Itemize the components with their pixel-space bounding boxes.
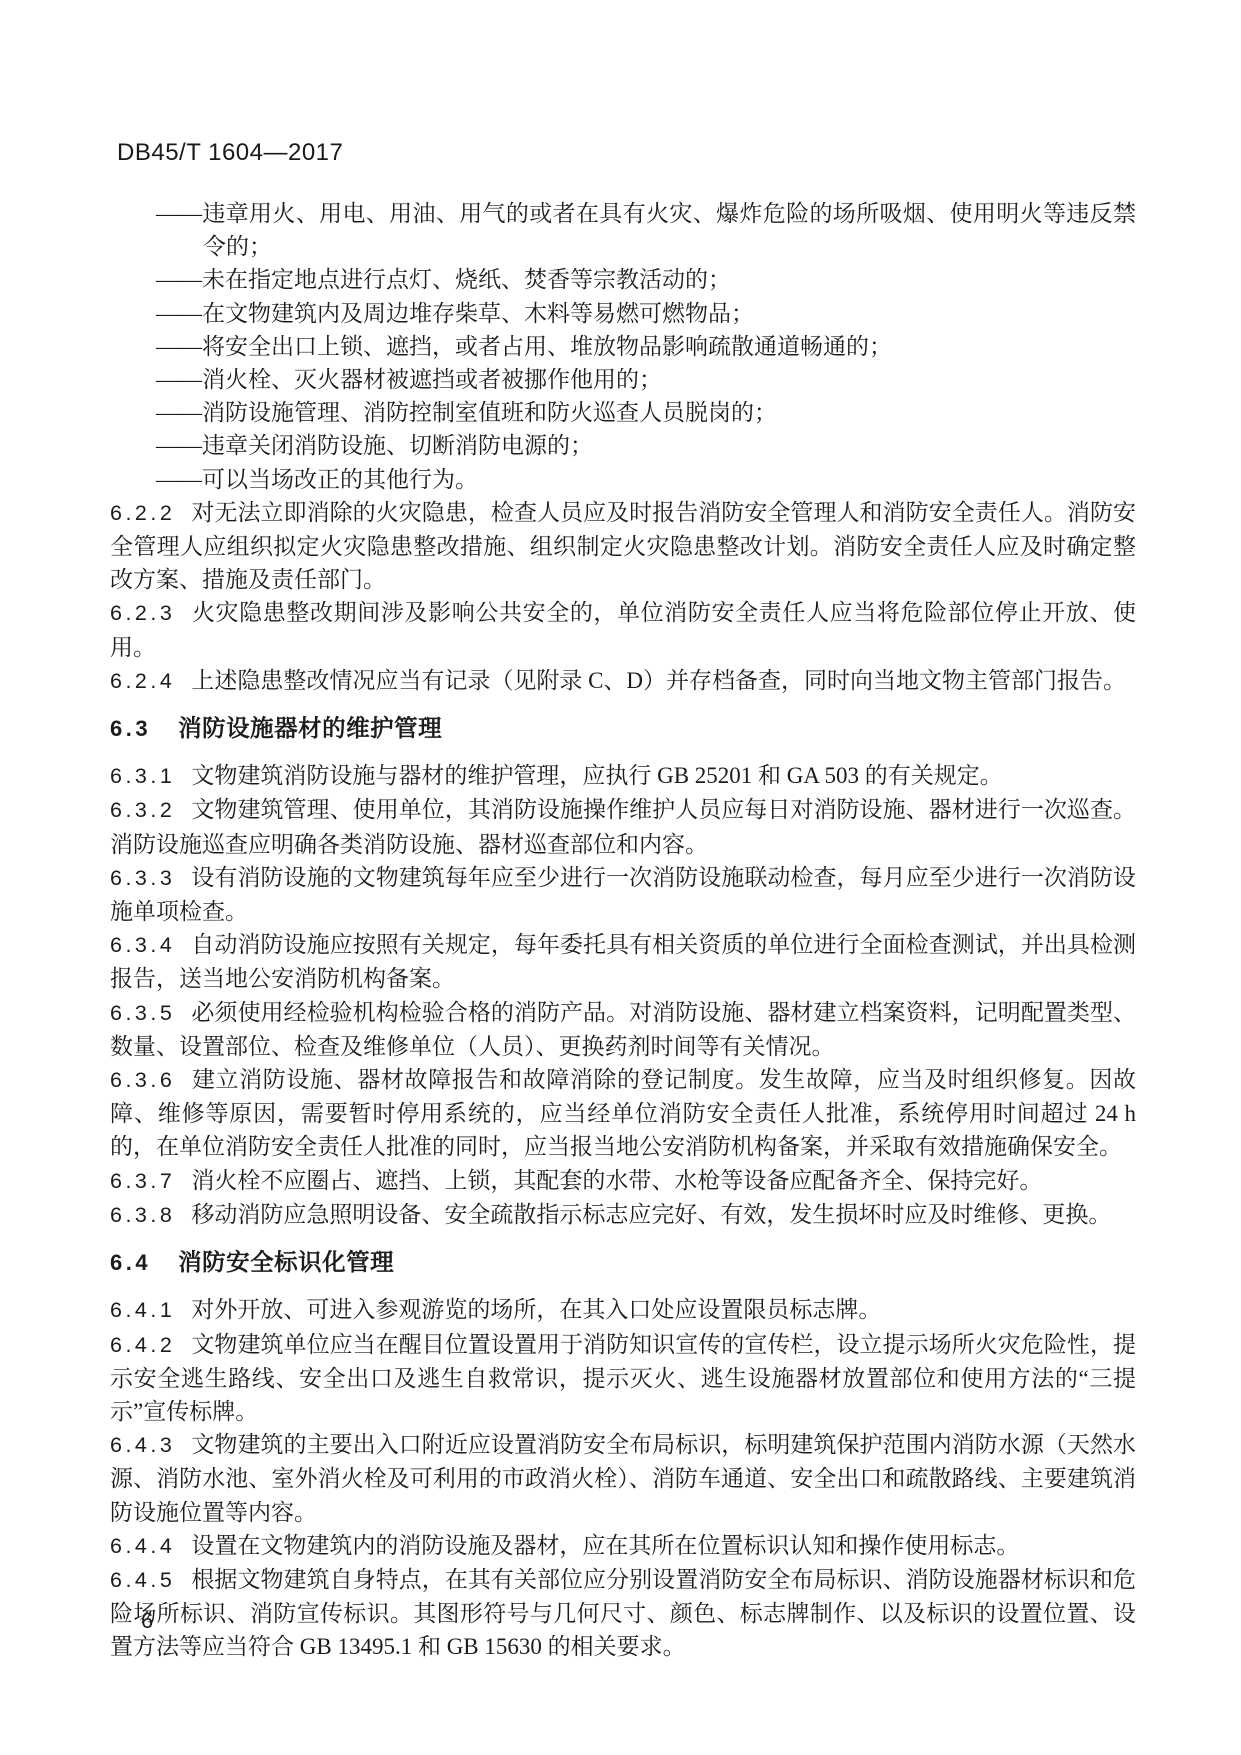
clause-text: 对无法立即消除的火灾隐患，检查人员应及时报告消防安全管理人和消防安全责任人。消防… xyxy=(110,500,1136,592)
dash-marker: —— xyxy=(156,334,202,359)
clause-number: 6.3.2 xyxy=(110,798,175,822)
clause-number: 6.2.2 xyxy=(110,501,175,525)
clause-6-3-2: 6.3.2文物建筑管理、使用单位，其消防设施操作维护人员应每日对消防设施、器材进… xyxy=(110,793,1136,860)
clause-text: 文物建筑消防设施与器材的维护管理，应执行 GB 25201 和 GA 503 的… xyxy=(191,763,1002,788)
clause-text: 设有消防设施的文物建筑每年应至少进行一次消防设施联动检查，每月应至少进行一次消防… xyxy=(110,865,1136,924)
dash-marker: —— xyxy=(156,267,202,292)
clause-text: 文物建筑管理、使用单位，其消防设施操作维护人员应每日对消防设施、器材进行一次巡查… xyxy=(110,797,1136,856)
clause-6-3-3: 6.3.3设有消防设施的文物建筑每年应至少进行一次消防设施联动检查，每月应至少进… xyxy=(110,861,1136,928)
clause-6-2-2: 6.2.2对无法立即消除的火灾隐患，检查人员应及时报告消防安全管理人和消防安全责… xyxy=(110,496,1136,597)
dash-marker: —— xyxy=(156,400,202,425)
section-heading-6-4: 6.4消防安全标识化管理 xyxy=(110,1246,1136,1279)
document-page: DB45/T 1604—2017 ——违章用火、用电、用油、用气的或者在具有火灾… xyxy=(0,0,1241,1755)
clause-text: 文物建筑单位应当在醒目位置设置用于消防知识宣传的宣传栏，设立提示场所火灾危险性，… xyxy=(110,1332,1136,1424)
clause-number: 6.4.2 xyxy=(110,1333,175,1357)
clause-6-4-2: 6.4.2文物建筑单位应当在醒目位置设置用于消防知识宣传的宣传栏，设立提示场所火… xyxy=(110,1328,1136,1429)
clause-number: 6.4.5 xyxy=(110,1568,175,1592)
clause-text: 上述隐患整改情况应当有记录（见附录 C、D）并存档备查，同时向当地文物主管部门报… xyxy=(191,668,1126,693)
clause-6-4-4: 6.4.4设置在文物建筑内的消防设施及器材，应在其所在位置标识认知和操作使用标志… xyxy=(110,1529,1136,1563)
clause-number: 6.2.4 xyxy=(110,669,175,693)
list-item-text: 违章关闭消防设施、切断消防电源的； xyxy=(202,433,593,458)
clause-6-3-5: 6.3.5必须使用经检验机构检验合格的消防产品。对消防设施、器材建立档案资料，记… xyxy=(110,996,1136,1063)
clause-text: 根据文物建筑自身特点，在其有关部位应分别设置消防安全布局标识、消防设施器材标识和… xyxy=(110,1567,1136,1659)
dash-marker: —— xyxy=(156,201,202,226)
clause-number: 6.3.3 xyxy=(110,866,175,890)
list-item-text: 消防设施管理、消防控制室值班和防火巡查人员脱岗的； xyxy=(202,400,777,425)
clause-6-3-4: 6.3.4自动消防设施应按照有关规定，每年委托具有相关资质的单位进行全面检查测试… xyxy=(110,928,1136,995)
clause-6-4-3: 6.4.3文物建筑的主要出入口附近应设置消防安全布局标识，标明建筑保护范围内消防… xyxy=(110,1428,1136,1529)
clause-number: 6.4.1 xyxy=(110,1298,175,1322)
clause-number: 6.2.3 xyxy=(110,601,175,625)
section-number: 6.3 xyxy=(110,716,151,741)
list-item: ——违章关闭消防设施、切断消防电源的； xyxy=(203,429,1136,462)
dash-marker: —— xyxy=(156,467,202,492)
clause-text: 自动消防设施应按照有关规定，每年委托具有相关资质的单位进行全面检查测试，并出具检… xyxy=(110,932,1136,991)
clause-number: 6.3.1 xyxy=(110,764,175,788)
clause-number: 6.3.4 xyxy=(110,933,175,957)
dash-marker: —— xyxy=(156,433,202,458)
clause-text: 对外开放、可进入参观游览的场所，在其入口处应设置限员标志牌。 xyxy=(191,1297,881,1322)
section-heading-6-3: 6.3消防设施器材的维护管理 xyxy=(110,712,1136,745)
dash-marker: —— xyxy=(156,367,202,392)
clause-number: 6.3.7 xyxy=(110,1169,175,1193)
clause-text: 火灾隐患整改期间涉及影响公共安全的，单位消防安全责任人应当将危险部位停止开放、使… xyxy=(110,600,1136,659)
clause-text: 建立消防设施、器材故障报告和故障消除的登记制度。发生故障，应当及时组织修复。因故… xyxy=(110,1067,1136,1159)
standard-number-header: DB45/T 1604—2017 xyxy=(117,139,343,167)
clause-text: 必须使用经检验机构检验合格的消防产品。对消防设施、器材建立档案资料，记明配置类型… xyxy=(110,1000,1136,1059)
list-item: ——在文物建筑内及周边堆存柴草、木料等易燃可燃物品； xyxy=(203,297,1136,330)
list-item-text: 消火栓、灭火器材被遮挡或者被挪作他用的； xyxy=(202,367,662,392)
clause-6-3-6: 6.3.6建立消防设施、器材故障报告和故障消除的登记制度。发生故障，应当及时组织… xyxy=(110,1063,1136,1164)
section-title: 消防安全标识化管理 xyxy=(178,1249,394,1275)
clause-text: 消火栓不应圈占、遮挡、上锁，其配套的水带、水枪等设备应配备齐全、保持完好。 xyxy=(191,1168,1042,1193)
section-number: 6.4 xyxy=(110,1250,151,1275)
violations-list: ——违章用火、用电、用油、用气的或者在具有火灾、爆炸危险的场所吸烟、使用明火等违… xyxy=(110,197,1136,496)
clause-6-3-7: 6.3.7消火栓不应圈占、遮挡、上锁，其配套的水带、水枪等设备应配备齐全、保持完… xyxy=(110,1164,1136,1198)
document-content: ——违章用火、用电、用油、用气的或者在具有火灾、爆炸危险的场所吸烟、使用明火等违… xyxy=(110,197,1136,1664)
clause-number: 6.4.3 xyxy=(110,1433,175,1457)
clause-6-4-1: 6.4.1对外开放、可进入参观游览的场所，在其入口处应设置限员标志牌。 xyxy=(110,1293,1136,1327)
clause-6-2-3: 6.2.3火灾隐患整改期间涉及影响公共安全的，单位消防安全责任人应当将危险部位停… xyxy=(110,596,1136,663)
clause-text: 设置在文物建筑内的消防设施及器材，应在其所在位置标识认知和操作使用标志。 xyxy=(191,1533,1019,1558)
list-item: ——将安全出口上锁、遮挡，或者占用、堆放物品影响疏散通道畅通的； xyxy=(203,330,1136,363)
list-item: ——未在指定地点进行点灯、烧纸、焚香等宗教活动的； xyxy=(203,263,1136,296)
list-item: ——违章用火、用电、用油、用气的或者在具有火灾、爆炸危险的场所吸烟、使用明火等违… xyxy=(203,197,1136,263)
list-item-text: 违章用火、用电、用油、用气的或者在具有火灾、爆炸危险的场所吸烟、使用明火等违反禁… xyxy=(202,201,1136,259)
list-item-text: 将安全出口上锁、遮挡，或者占用、堆放物品影响疏散通道畅通的； xyxy=(202,334,892,359)
clause-number: 6.4.4 xyxy=(110,1534,175,1558)
dash-marker: —— xyxy=(156,301,202,326)
clause-number: 6.3.8 xyxy=(110,1203,175,1227)
list-item: ——可以当场改正的其他行为。 xyxy=(203,463,1136,496)
clause-text: 文物建筑的主要出入口附近应设置消防安全布局标识，标明建筑保护范围内消防水源（天然… xyxy=(110,1432,1136,1524)
list-item-text: 可以当场改正的其他行为。 xyxy=(202,467,478,492)
clause-text: 移动消防应急照明设备、安全疏散指示标志应完好、有效，发生损坏时应及时维修、更换。 xyxy=(191,1202,1111,1227)
list-item: ——消火栓、灭火器材被遮挡或者被挪作他用的； xyxy=(203,363,1136,396)
list-item: ——消防设施管理、消防控制室值班和防火巡查人员脱岗的； xyxy=(203,396,1136,429)
list-item-text: 在文物建筑内及周边堆存柴草、木料等易燃可燃物品； xyxy=(202,301,754,326)
clause-6-3-1: 6.3.1文物建筑消防设施与器材的维护管理，应执行 GB 25201 和 GA … xyxy=(110,759,1136,793)
list-item-text: 未在指定地点进行点灯、烧纸、焚香等宗教活动的； xyxy=(202,267,731,292)
clause-6-4-5: 6.4.5根据文物建筑自身特点，在其有关部位应分别设置消防安全布局标识、消防设施… xyxy=(110,1563,1136,1664)
clause-number: 6.3.6 xyxy=(110,1068,175,1092)
clause-number: 6.3.5 xyxy=(110,1001,175,1025)
section-title: 消防设施器材的维护管理 xyxy=(178,715,442,741)
clause-6-2-4: 6.2.4上述隐患整改情况应当有记录（见附录 C、D）并存档备查，同时向当地文物… xyxy=(110,664,1136,698)
clause-6-3-8: 6.3.8移动消防应急照明设备、安全疏散指示标志应完好、有效，发生损坏时应及时维… xyxy=(110,1198,1136,1232)
page-number: 6 xyxy=(141,1608,153,1634)
